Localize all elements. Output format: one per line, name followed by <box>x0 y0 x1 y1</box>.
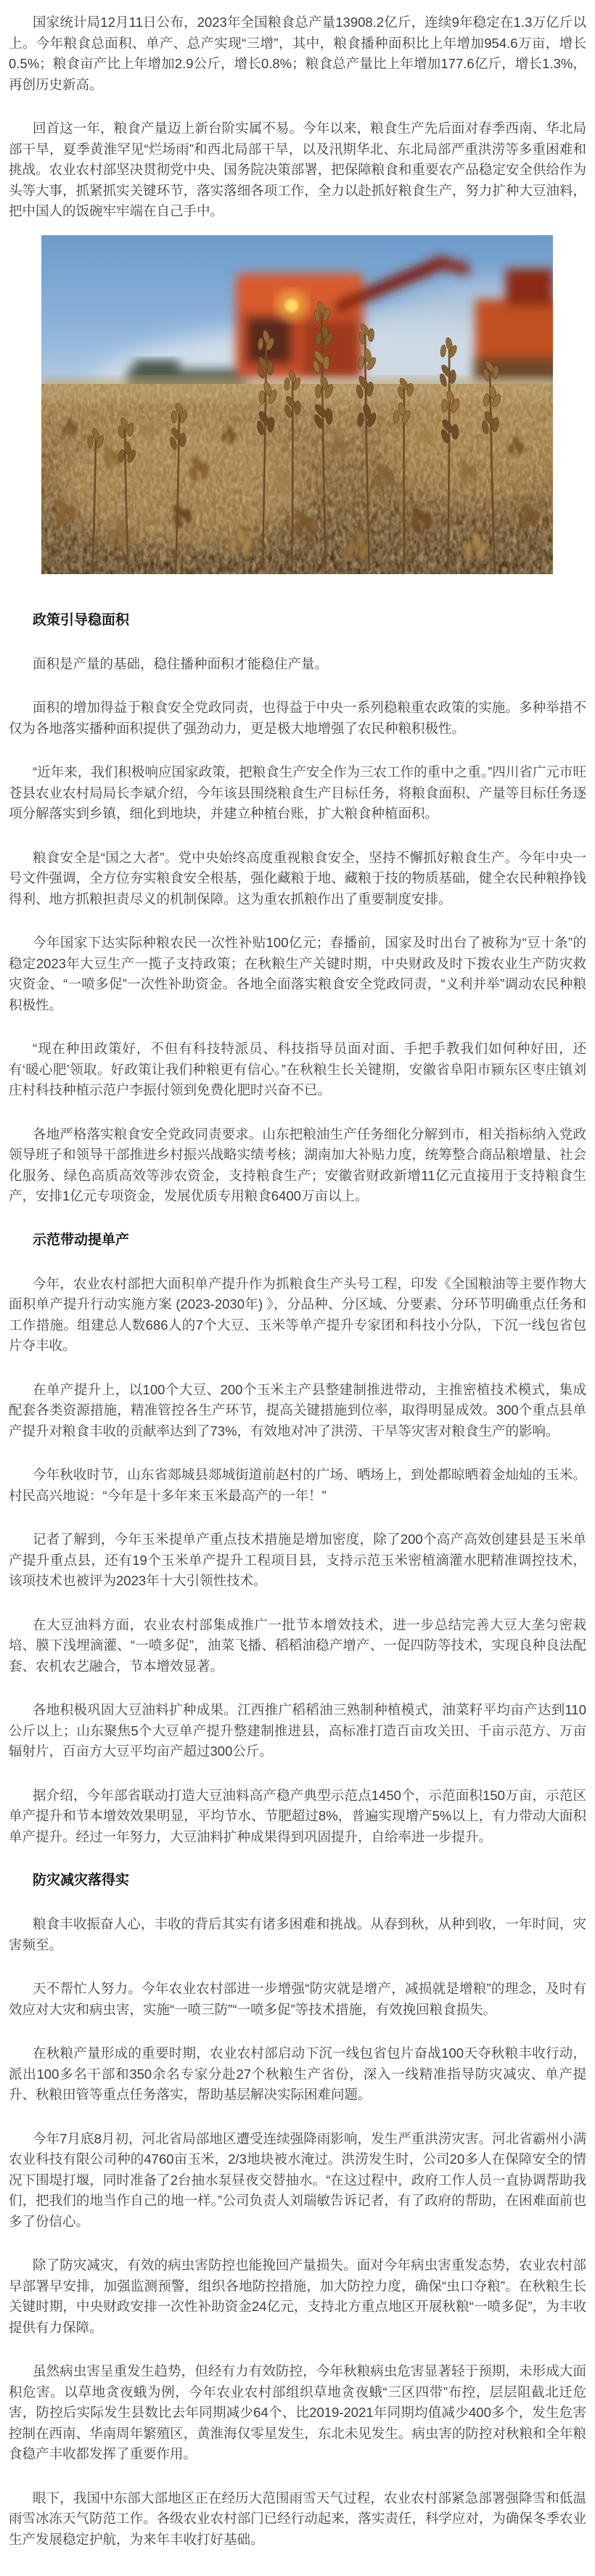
paragraph: 今年，农业农村部把大面积单产提升作为抓粮食生产头号工程，印发《全国粮油等主要作物… <box>9 1274 586 1357</box>
paragraph: 据介绍，今年部省联动打造大豆油料高产稳产典型示范点1450个，示范面积150万亩… <box>9 1786 586 1848</box>
harvest-photo <box>41 235 553 574</box>
paragraph: 各地积极巩固大豆油料扩种成果。江西推广稻稻油三熟制种植模式，油菜籽平均亩产达到1… <box>9 1700 586 1762</box>
paragraph: 粮食丰收振奋人心，丰收的背后其实有诸多困难和挑战。从春到秋，从种到收，一年时间，… <box>9 1914 586 1955</box>
paragraph: 国家统计局12月11日公布，2023年全国粮食总产量13908.2亿斤，连续9年… <box>9 12 586 95</box>
paragraph: 天不帮忙人努力。今年农业农村部进一步增强“防灾就是增产，减损就是增粮”的理念，及… <box>9 1979 586 2020</box>
paragraph: 面积是产量的基础，稳住播种面积才能稳住产量。 <box>9 654 586 675</box>
section-heading: 防灾减灾落得实 <box>9 1870 586 1891</box>
paragraph: 今年7月底8月初，河北省局部地区遭受连续强降雨影响，发生严重洪涝灾害。河北省霸州… <box>9 2129 586 2233</box>
paragraph: 回首这一年，粮食产量迈上新台阶实属不易。今年以来，粮食生产先后面对春季西南、华北… <box>9 118 586 222</box>
paragraph: 今年国家下达实际种粮农民一次性补贴100亿元；春播前，国家及时出台了被称为“豆十… <box>9 933 586 1015</box>
combine-light <box>285 299 298 312</box>
paragraph: 在秋粮产量形成的重要时期，农业农村部启动下沉一线包省包片奋战100天夺秋粮丰收行… <box>9 2043 586 2106</box>
paragraph: 眼下，我国中东部大部地区正在经历大范围雨雪天气过程，农业农村部紧急部署强降雪和低… <box>9 2488 586 2551</box>
paragraph: 在单产提升上，以100个大豆、200个玉米主产县整建制推进带动，主推密植技术模式… <box>9 1380 586 1442</box>
paragraph: 今年秋收时节，山东省郯城县郯城街道前赵村的广场、晒场上，到处都晾晒着金灿灿的玉米… <box>9 1465 586 1506</box>
paragraph: 在大豆油料方面，农业农村部集成推广一批节本增效技术，进一步总结完善大豆大垄匀密栽… <box>9 1615 586 1677</box>
paragraph: “现在种田政策好，不但有科技特派员、科技指导员面对面、手把手教我们如何种好田，还… <box>9 1039 586 1101</box>
section-heading: 示范带动提单产 <box>9 1230 586 1251</box>
paragraph: 各地严格落实粮食安全党政同责要求。山东把粮油生产任务细化分解到市，相关指标纳入党… <box>9 1124 586 1207</box>
paragraph: 记者了解到，今年玉米提单产重点技术措施是增加密度，除了200个高产高效创建县是玉… <box>9 1529 586 1592</box>
paragraph: 虽然病虫害呈重发生趋势，但经有力有效防控，今年秋粮病虫危害显著轻于预期，未形成大… <box>9 2361 586 2465</box>
paragraph: 除了防灾减灾，有效的病虫害防控也能挽回产量损失。面对今年病虫害重发态势，农业农村… <box>9 2255 586 2338</box>
section-heading: 政策引导稳面积 <box>9 610 586 631</box>
harvest-photo-illustration <box>41 235 553 574</box>
paragraph: “近年来，我们积极响应国家政策，把粮食生产安全作为三农工作的重中之重。”四川省广… <box>9 762 586 825</box>
paragraph: 面积的增加得益于粮食安全党政同责，也得益于中央一系列稳粮重农政策的实施。多种举措… <box>9 698 586 739</box>
paragraph: 粮食安全是“国之大者”。党中央始终高度重视粮食安全，坚持不懈抓好粮食生产。今年中… <box>9 848 586 910</box>
article-page: 国家统计局12月11日公布，2023年全国粮食总产量13908.2亿斤，连续9年… <box>0 0 595 2576</box>
